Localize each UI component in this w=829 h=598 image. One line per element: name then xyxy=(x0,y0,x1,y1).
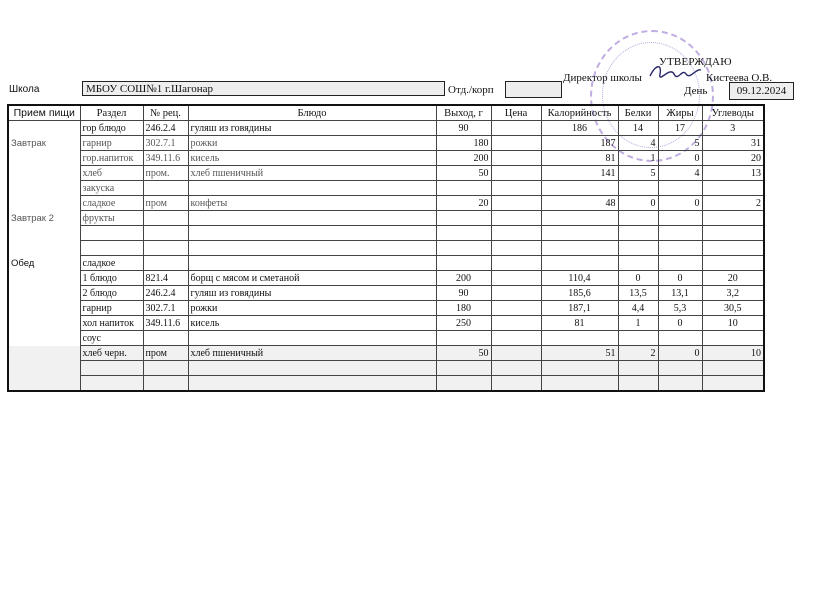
cell-fat: 0 xyxy=(658,316,702,331)
cell-meal: Завтрак 2 xyxy=(8,211,80,226)
cell-dish xyxy=(188,256,436,271)
cell-fat xyxy=(658,181,702,196)
cell-recipe: 349.11.6 xyxy=(143,316,188,331)
table-row: соус xyxy=(8,331,764,346)
cell-protein xyxy=(618,331,658,346)
table-row: хлеб черн.промхлеб пшеничный50512010 xyxy=(8,346,764,361)
cell-fat: 0 xyxy=(658,346,702,361)
cell-weight: 180 xyxy=(436,136,491,151)
cell-recipe xyxy=(143,226,188,241)
cell-dish: борщ с мясом и сметаной xyxy=(188,271,436,286)
table-row: хол напиток349.11.6кисель250811010 xyxy=(8,316,764,331)
cell-price xyxy=(491,361,541,376)
cell-protein: 1 xyxy=(618,316,658,331)
cell-dish xyxy=(188,376,436,392)
cell-protein: 14 xyxy=(618,121,658,136)
cell-carbs: 30,5 xyxy=(702,301,764,316)
table-row: Завтракгарнир302.7.1рожки1801874531 xyxy=(8,136,764,151)
cell-carbs: 10 xyxy=(702,316,764,331)
cell-protein: 2 xyxy=(618,346,658,361)
cell-recipe xyxy=(143,211,188,226)
cell-dish xyxy=(188,361,436,376)
cell-fat xyxy=(658,211,702,226)
director-label: Директор школы xyxy=(563,72,642,84)
cell-kcal: 81 xyxy=(541,316,618,331)
cell-kcal xyxy=(541,256,618,271)
cell-weight: 250 xyxy=(436,316,491,331)
table-row: гор блюдо246.2.4гуляш из говядины9018614… xyxy=(8,121,764,136)
col-recipe: № рец. xyxy=(143,105,188,121)
cell-protein: 13,5 xyxy=(618,286,658,301)
table-row xyxy=(8,361,764,376)
cell-meal xyxy=(8,271,80,286)
table-header-row: Прием пищи Раздел № рец. Блюдо Выход, г … xyxy=(8,105,764,121)
menu-table: Прием пищи Раздел № рец. Блюдо Выход, г … xyxy=(7,104,765,392)
cell-kcal: 81 xyxy=(541,151,618,166)
cell-kcal: 51 xyxy=(541,346,618,361)
cell-meal xyxy=(8,301,80,316)
cell-section: гарнир xyxy=(80,301,143,316)
cell-recipe xyxy=(143,376,188,392)
cell-weight xyxy=(436,211,491,226)
cell-carbs: 3 xyxy=(702,121,764,136)
date-field[interactable]: 09.12.2024 xyxy=(729,82,794,100)
cell-price xyxy=(491,301,541,316)
cell-price xyxy=(491,121,541,136)
cell-section: хлеб черн. xyxy=(80,346,143,361)
dept-label: Отд./корп xyxy=(448,84,494,96)
cell-weight xyxy=(436,376,491,392)
cell-carbs: 20 xyxy=(702,151,764,166)
cell-dish xyxy=(188,331,436,346)
cell-recipe xyxy=(143,256,188,271)
table-row: гор.напиток349.11.6кисель200811020 xyxy=(8,151,764,166)
cell-weight: 90 xyxy=(436,286,491,301)
signature-icon xyxy=(648,62,703,80)
cell-fat: 0 xyxy=(658,151,702,166)
cell-fat xyxy=(658,256,702,271)
cell-price xyxy=(491,256,541,271)
cell-carbs xyxy=(702,361,764,376)
cell-weight: 90 xyxy=(436,121,491,136)
cell-fat: 5,3 xyxy=(658,301,702,316)
cell-recipe: 302.7.1 xyxy=(143,301,188,316)
cell-meal xyxy=(8,151,80,166)
cell-fat: 13,1 xyxy=(658,286,702,301)
cell-dish xyxy=(188,211,436,226)
table-row: гарнир302.7.1рожки180187,14,45,330,5 xyxy=(8,301,764,316)
cell-recipe: пром. xyxy=(143,166,188,181)
cell-dish: конфеты xyxy=(188,196,436,211)
col-protein: Белки xyxy=(618,105,658,121)
cell-protein xyxy=(618,256,658,271)
cell-protein: 0 xyxy=(618,271,658,286)
cell-fat: 4 xyxy=(658,166,702,181)
cell-carbs: 13 xyxy=(702,166,764,181)
cell-protein: 4 xyxy=(618,136,658,151)
cell-kcal xyxy=(541,181,618,196)
cell-carbs: 3,2 xyxy=(702,286,764,301)
cell-weight: 180 xyxy=(436,301,491,316)
cell-dish: хлеб пшеничный xyxy=(188,346,436,361)
cell-weight xyxy=(436,361,491,376)
cell-kcal xyxy=(541,376,618,392)
table-row xyxy=(8,226,764,241)
cell-price xyxy=(491,376,541,392)
cell-price xyxy=(491,271,541,286)
cell-carbs xyxy=(702,181,764,196)
cell-kcal: 187,1 xyxy=(541,301,618,316)
cell-dish xyxy=(188,241,436,256)
cell-section: соус xyxy=(80,331,143,346)
cell-dish: кисель xyxy=(188,151,436,166)
cell-price xyxy=(491,241,541,256)
cell-kcal xyxy=(541,331,618,346)
cell-dish xyxy=(188,181,436,196)
table-row: 1 блюдо821.4борщ с мясом и сметаной20011… xyxy=(8,271,764,286)
cell-section: гарнир xyxy=(80,136,143,151)
day-label: День xyxy=(684,85,707,97)
cell-fat: 0 xyxy=(658,196,702,211)
cell-kcal xyxy=(541,226,618,241)
cell-protein xyxy=(618,226,658,241)
cell-fat: 17 xyxy=(658,121,702,136)
cell-meal xyxy=(8,241,80,256)
cell-protein xyxy=(618,241,658,256)
cell-kcal: 186 xyxy=(541,121,618,136)
table-row: Завтрак 2фрукты xyxy=(8,211,764,226)
cell-recipe: пром xyxy=(143,196,188,211)
cell-section: сладкое xyxy=(80,256,143,271)
cell-kcal: 187 xyxy=(541,136,618,151)
cell-protein: 5 xyxy=(618,166,658,181)
col-section: Раздел xyxy=(80,105,143,121)
cell-dish: хлеб пшеничный xyxy=(188,166,436,181)
cell-carbs: 31 xyxy=(702,136,764,151)
cell-meal xyxy=(8,286,80,301)
cell-section: 2 блюдо xyxy=(80,286,143,301)
table-row: закуска xyxy=(8,181,764,196)
cell-recipe xyxy=(143,331,188,346)
col-price: Цена xyxy=(491,105,541,121)
cell-weight: 20 xyxy=(436,196,491,211)
cell-price xyxy=(491,316,541,331)
table-row xyxy=(8,376,764,392)
menu-body: гор блюдо246.2.4гуляш из говядины9018614… xyxy=(8,121,764,392)
cell-recipe: 821.4 xyxy=(143,271,188,286)
col-kcal: Калорийность xyxy=(541,105,618,121)
cell-weight xyxy=(436,181,491,196)
cell-section: хол напиток xyxy=(80,316,143,331)
cell-protein xyxy=(618,361,658,376)
cell-meal xyxy=(8,181,80,196)
cell-dish: кисель xyxy=(188,316,436,331)
cell-weight: 200 xyxy=(436,151,491,166)
cell-section xyxy=(80,241,143,256)
cell-recipe: 246.2.4 xyxy=(143,286,188,301)
cell-section: сладкое xyxy=(80,196,143,211)
cell-protein: 0 xyxy=(618,196,658,211)
cell-price xyxy=(491,226,541,241)
cell-recipe xyxy=(143,241,188,256)
cell-section xyxy=(80,361,143,376)
cell-weight xyxy=(436,331,491,346)
cell-carbs xyxy=(702,331,764,346)
cell-weight: 50 xyxy=(436,346,491,361)
cell-section: закуска xyxy=(80,181,143,196)
cell-recipe: 246.2.4 xyxy=(143,121,188,136)
cell-meal xyxy=(8,376,80,392)
cell-section: хлеб xyxy=(80,166,143,181)
cell-dish: рожки xyxy=(188,301,436,316)
cell-kcal: 141 xyxy=(541,166,618,181)
table-row xyxy=(8,241,764,256)
cell-weight: 200 xyxy=(436,271,491,286)
cell-kcal: 48 xyxy=(541,196,618,211)
table-row: 2 блюдо246.2.4гуляш из говядины90185,613… xyxy=(8,286,764,301)
cell-protein xyxy=(618,376,658,392)
cell-meal xyxy=(8,226,80,241)
cell-price xyxy=(491,211,541,226)
school-label: Школа xyxy=(9,84,39,95)
cell-section: фрукты xyxy=(80,211,143,226)
cell-price xyxy=(491,331,541,346)
cell-dish: рожки xyxy=(188,136,436,151)
cell-section xyxy=(80,226,143,241)
cell-fat xyxy=(658,331,702,346)
cell-meal xyxy=(8,121,80,136)
cell-price xyxy=(491,346,541,361)
col-carbs: Углеводы xyxy=(702,105,764,121)
cell-fat xyxy=(658,226,702,241)
cell-meal xyxy=(8,316,80,331)
cell-weight xyxy=(436,226,491,241)
cell-price xyxy=(491,181,541,196)
cell-section: гор блюдо xyxy=(80,121,143,136)
table-row: Обедсладкое xyxy=(8,256,764,271)
cell-carbs xyxy=(702,211,764,226)
cell-kcal xyxy=(541,211,618,226)
cell-protein: 4,4 xyxy=(618,301,658,316)
cell-recipe xyxy=(143,361,188,376)
cell-fat xyxy=(658,376,702,392)
cell-price xyxy=(491,151,541,166)
cell-carbs: 2 xyxy=(702,196,764,211)
cell-fat: 0 xyxy=(658,271,702,286)
cell-fat xyxy=(658,361,702,376)
cell-dish: гуляш из говядины xyxy=(188,286,436,301)
col-fat: Жиры xyxy=(658,105,702,121)
cell-fat xyxy=(658,241,702,256)
col-weight: Выход, г xyxy=(436,105,491,121)
cell-meal: Завтрак xyxy=(8,136,80,151)
cell-recipe: пром xyxy=(143,346,188,361)
cell-kcal xyxy=(541,361,618,376)
cell-meal xyxy=(8,196,80,211)
cell-weight: 50 xyxy=(436,166,491,181)
cell-protein: 1 xyxy=(618,151,658,166)
cell-carbs xyxy=(702,241,764,256)
cell-dish xyxy=(188,226,436,241)
cell-fat: 5 xyxy=(658,136,702,151)
cell-meal xyxy=(8,361,80,376)
cell-carbs: 20 xyxy=(702,271,764,286)
cell-weight xyxy=(436,256,491,271)
cell-price xyxy=(491,286,541,301)
cell-protein xyxy=(618,211,658,226)
school-field[interactable]: МБОУ СОШ№1 г.Шагонар xyxy=(82,81,445,96)
cell-recipe: 349.11.6 xyxy=(143,151,188,166)
cell-carbs xyxy=(702,226,764,241)
cell-meal xyxy=(8,331,80,346)
cell-dish: гуляш из говядины xyxy=(188,121,436,136)
cell-section xyxy=(80,376,143,392)
cell-meal xyxy=(8,166,80,181)
cell-meal xyxy=(8,346,80,361)
cell-carbs xyxy=(702,376,764,392)
dept-field[interactable] xyxy=(505,81,562,98)
cell-price xyxy=(491,196,541,211)
cell-recipe: 302.7.1 xyxy=(143,136,188,151)
cell-section: гор.напиток xyxy=(80,151,143,166)
cell-weight xyxy=(436,241,491,256)
col-meal: Прием пищи xyxy=(8,105,80,121)
cell-meal: Обед xyxy=(8,256,80,271)
cell-section: 1 блюдо xyxy=(80,271,143,286)
cell-protein xyxy=(618,181,658,196)
col-dish: Блюдо xyxy=(188,105,436,121)
cell-price xyxy=(491,166,541,181)
cell-kcal xyxy=(541,241,618,256)
cell-kcal: 185,6 xyxy=(541,286,618,301)
cell-carbs: 10 xyxy=(702,346,764,361)
cell-carbs xyxy=(702,256,764,271)
cell-kcal: 110,4 xyxy=(541,271,618,286)
cell-recipe xyxy=(143,181,188,196)
cell-price xyxy=(491,136,541,151)
table-row: хлебпром.хлеб пшеничный501415413 xyxy=(8,166,764,181)
table-row: сладкоепромконфеты2048002 xyxy=(8,196,764,211)
